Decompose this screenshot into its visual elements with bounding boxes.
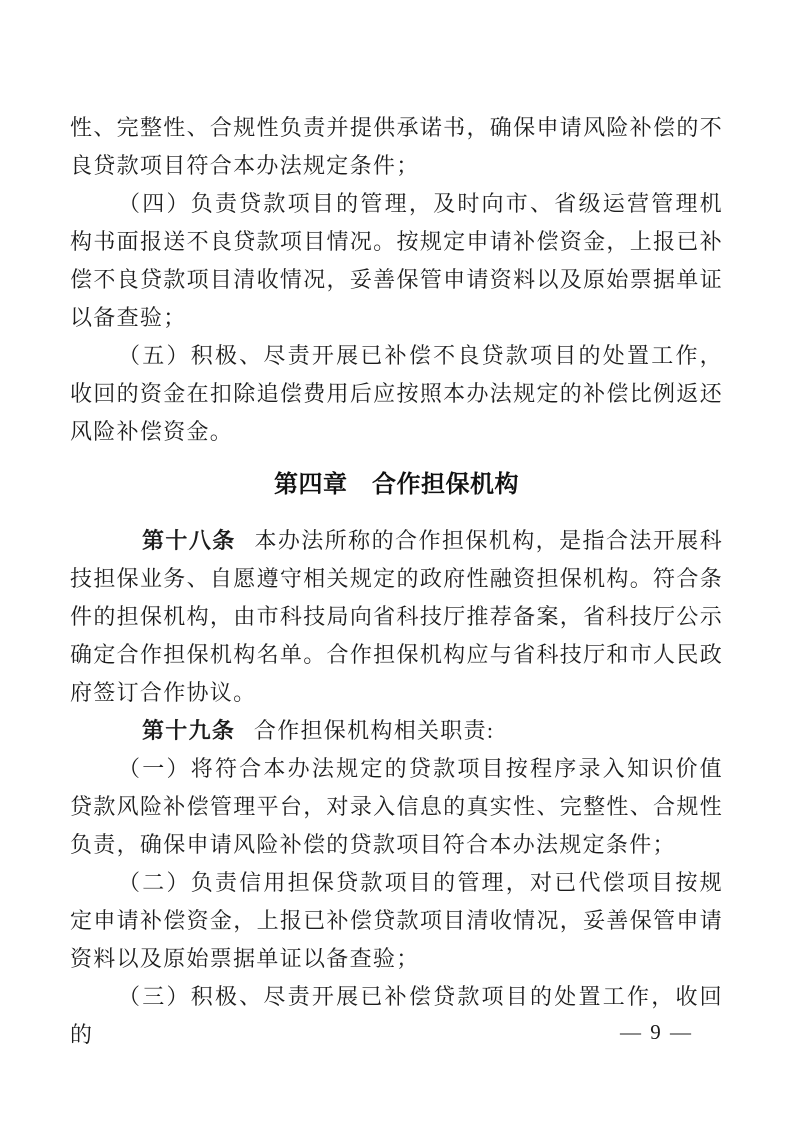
- paragraph-continuation: 性、完整性、合规性负责并提供承诺书，确保申请风险补偿的不良贷款项目符合本办法规定…: [70, 109, 723, 185]
- article-18-lead: 第十八条: [142, 528, 236, 553]
- article-18-text: 本办法所称的合作担保机构，是指合法开展科技担保业务、自愿遵守相关规定的政府性融资…: [70, 528, 723, 705]
- paragraph-item-4: （四）负责贷款项目的管理，及时向市、省级运营管理机构书面报送不良贷款项目情况。按…: [70, 185, 723, 337]
- page-number: — 9 —: [620, 1020, 693, 1044]
- document-page: 性、完整性、合规性负责并提供承诺书，确保申请风险补偿的不良贷款项目符合本办法规定…: [0, 0, 793, 1122]
- article-19-text: 合作担保机构相关职责:: [254, 718, 494, 743]
- paragraph-item-5: （五）积极、尽责开展已补偿不良贷款项目的处置工作，收回的资金在扣除追偿费用后应按…: [70, 337, 723, 451]
- paragraph-article-18: 第十八条本办法所称的合作担保机构，是指合法开展科技担保业务、自愿遵守相关规定的政…: [70, 522, 723, 712]
- paragraph-item-1: （一）将符合本办法规定的贷款项目按程序录入知识价值贷款风险补偿管理平台，对录入信…: [70, 750, 723, 864]
- paragraph-item-2: （二）负责信用担保贷款项目的管理，对已代偿项目按规定申请补偿资金，上报已补偿贷款…: [70, 864, 723, 978]
- article-19-lead: 第十九条: [142, 718, 235, 743]
- document-body: 性、完整性、合规性负责并提供承诺书，确保申请风险补偿的不良贷款项目符合本办法规定…: [70, 109, 723, 1054]
- paragraph-article-19: 第十九条合作担保机构相关职责:: [70, 712, 723, 750]
- chapter-heading: 第四章 合作担保机构: [70, 466, 723, 504]
